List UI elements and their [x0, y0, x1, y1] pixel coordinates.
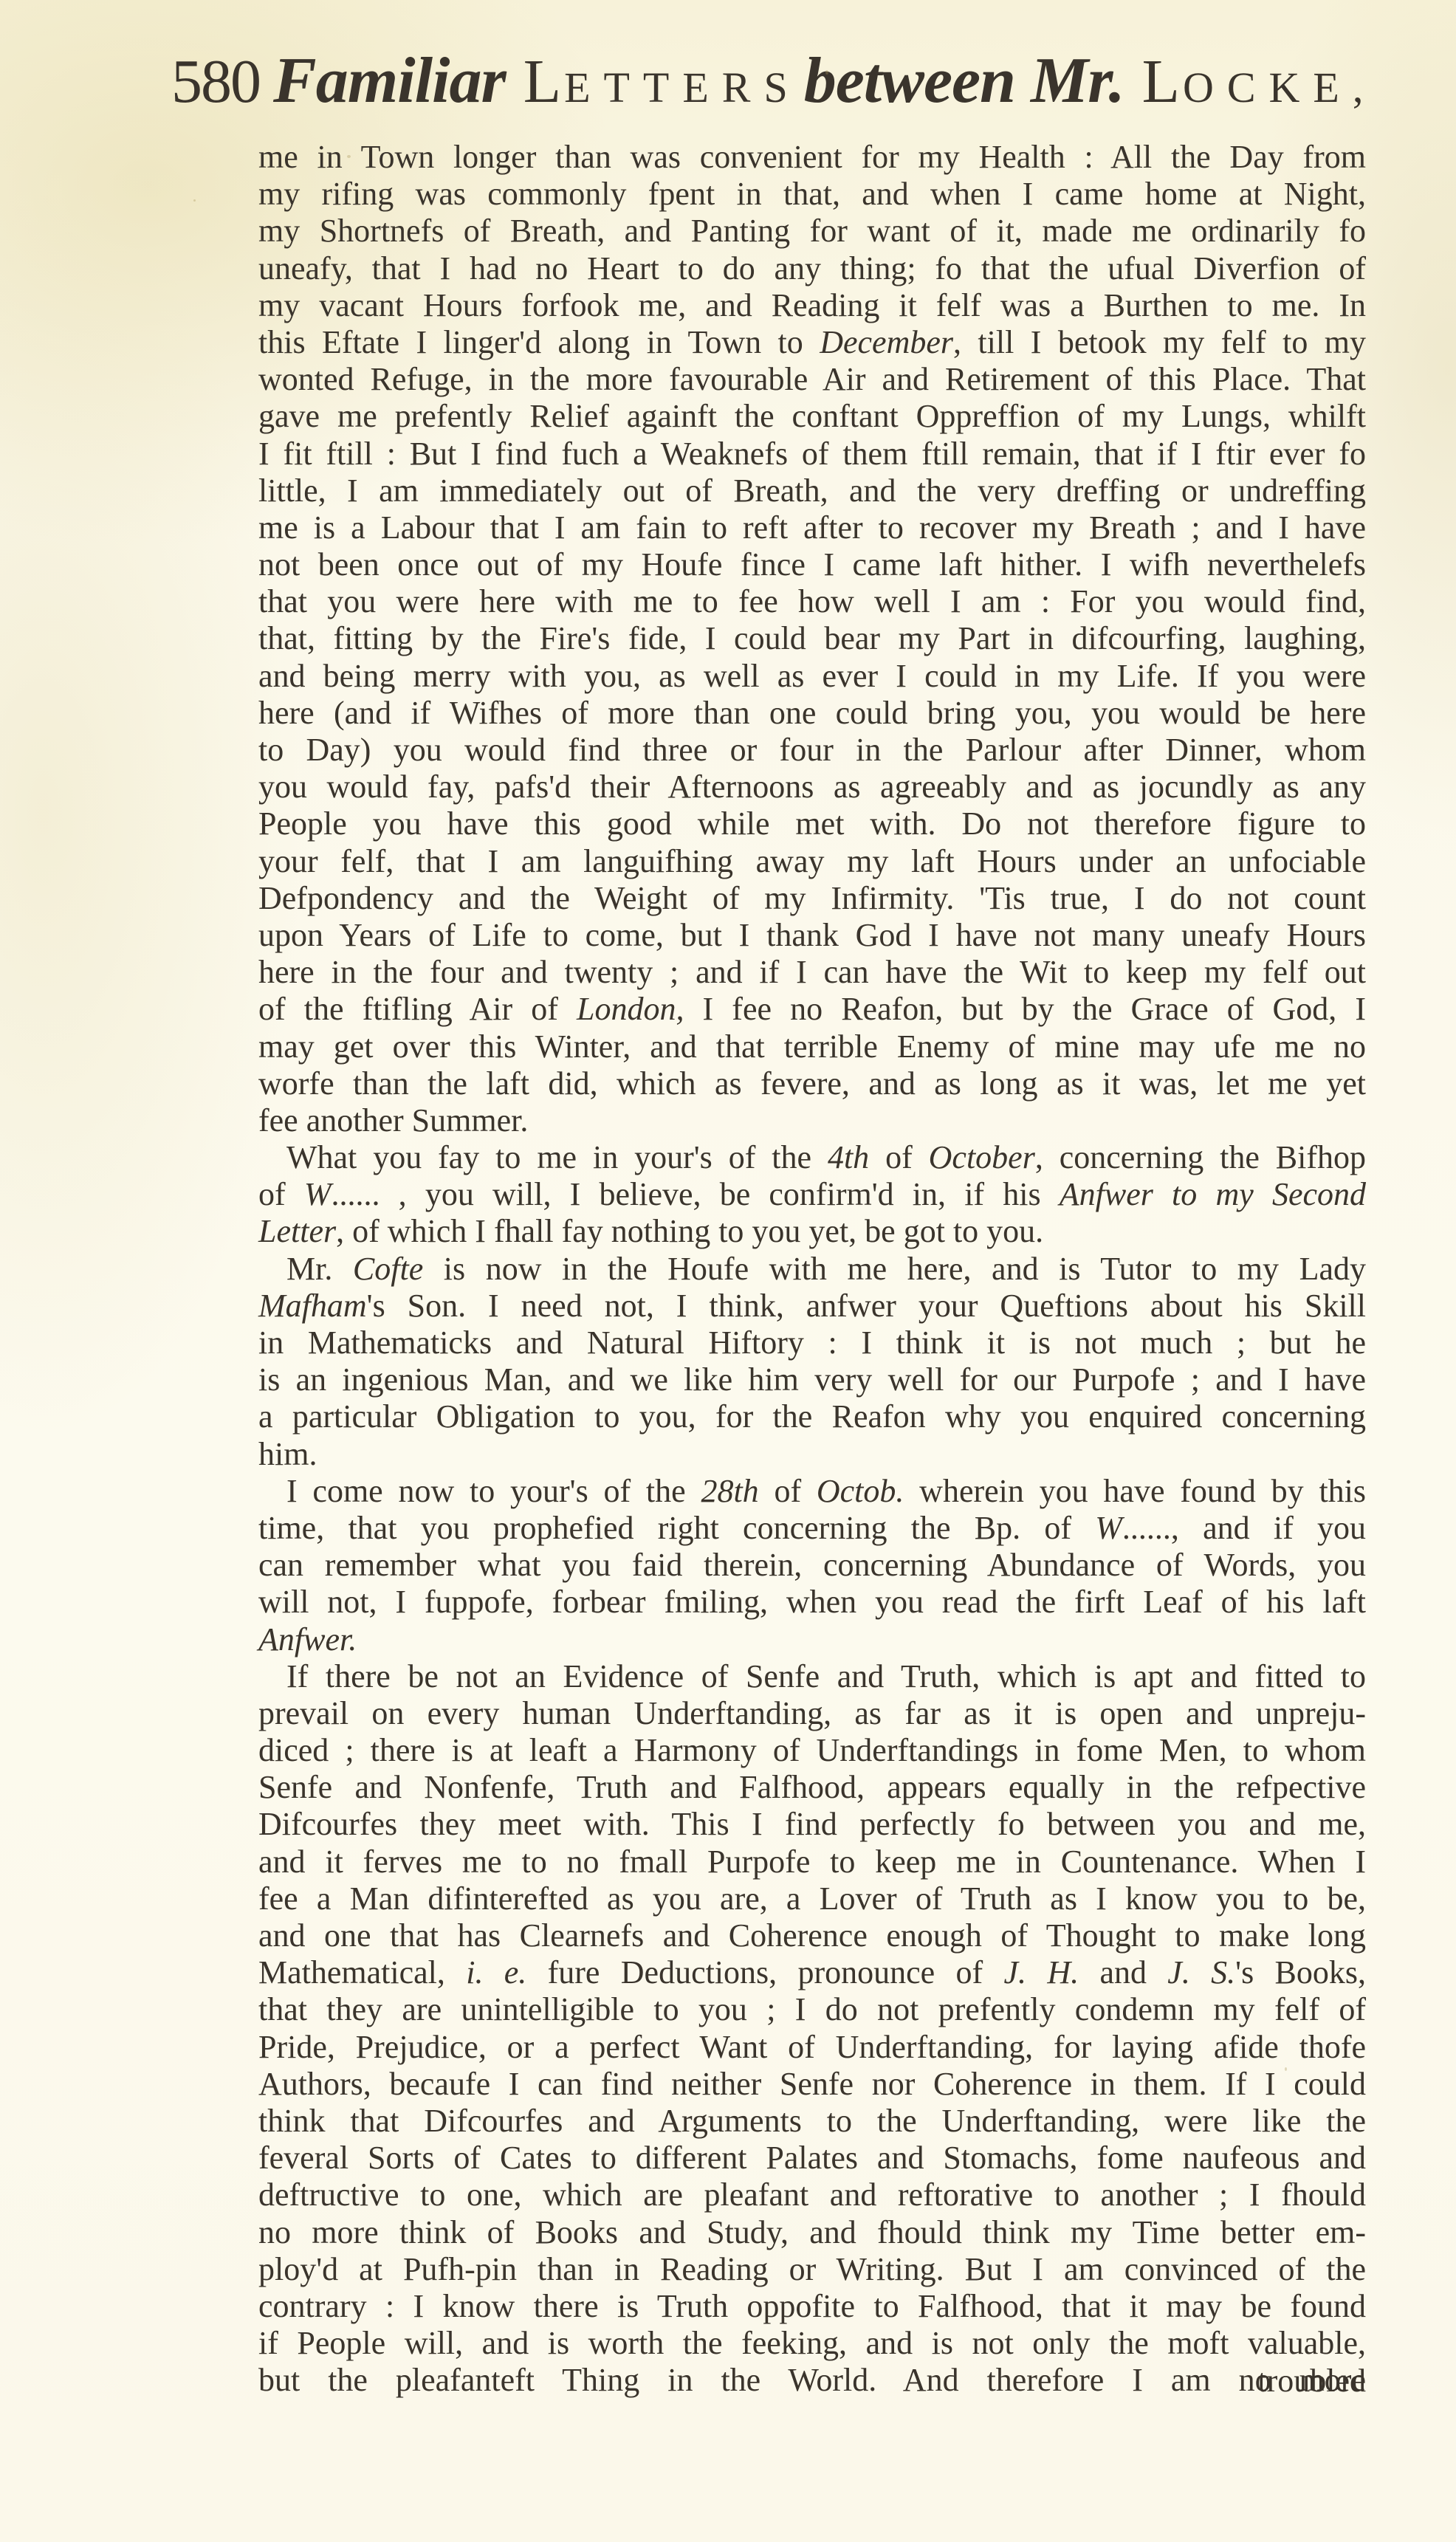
text-line: of W...... , you will, I believe, be con…: [258, 1176, 1366, 1213]
text-line: People you have this good while met with…: [258, 805, 1366, 842]
text-segment: , of which I fhall fay nothing to you ye…: [336, 1213, 1043, 1249]
text-line: fee another Summer.: [258, 1102, 1366, 1139]
italic-text: Mafham: [258, 1288, 367, 1324]
text-line: Pride, Prejudice, or a perfect Want of U…: [258, 2029, 1366, 2066]
italic-text: December: [820, 324, 953, 360]
italic-text: 28th: [701, 1473, 758, 1509]
text-segment: ......, and if you: [1122, 1510, 1366, 1546]
text-segment: Senfe and Nonfenfe, Truth and Falfhood, …: [258, 1769, 1366, 1805]
running-head-familiar: Familiar: [273, 49, 506, 114]
text-segment: Pride, Prejudice, or a perfect Want of U…: [258, 2029, 1366, 2065]
text-segment: wonted Refuge, in the more favourable Ai…: [258, 361, 1366, 397]
text-segment: me is a Labour that I am fain to reft af…: [258, 509, 1366, 546]
text-line: uneafy, that I had no Heart to do any th…: [258, 250, 1366, 287]
catchword: troubled: [258, 2363, 1366, 2400]
text-line: Mafham's Son. I need not, I think, anfwe…: [258, 1288, 1366, 1325]
text-segment: and being merry with you, as well as eve…: [258, 658, 1366, 694]
text-segment: is an ingenious Man, and we like him ver…: [258, 1361, 1366, 1398]
text-line: of the ftifling Air of London, I fee no …: [258, 991, 1366, 1028]
text-segment: wherein you have found by this: [904, 1473, 1366, 1509]
text-segment: I come now to your's of the: [286, 1473, 701, 1509]
text-line: time, that you prophefied right concerni…: [258, 1510, 1366, 1547]
text-line: can remember what you faid therein, conc…: [258, 1547, 1366, 1584]
paper-speck: [193, 199, 196, 202]
text-segment: will not, I fuppofe, forbear fmiling, wh…: [258, 1584, 1366, 1620]
text-line: Defpondency and the Weight of my Infirmi…: [258, 880, 1366, 917]
text-line: me is a Labour that I am fain to reft af…: [258, 509, 1366, 546]
text-line: and it ferves me to no fmall Purpofe to …: [258, 1844, 1366, 1880]
text-segment: of the ftifling Air of: [258, 991, 577, 1027]
text-line: and being merry with you, as well as eve…: [258, 658, 1366, 695]
text-line: prevail on every human Underftanding, as…: [258, 1695, 1366, 1732]
text-segment: fure Deductions, pronounce of: [526, 1954, 1003, 1990]
text-segment: prevail on every human Underftanding, as…: [258, 1695, 1366, 1731]
text-segment: fee another Summer.: [258, 1102, 528, 1138]
text-segment: 's Son. I need not, I think, anfwer your…: [367, 1288, 1366, 1324]
text-line: this Eftate I linger'd along in Town to …: [258, 324, 1366, 361]
text-segment: of: [869, 1139, 928, 1175]
text-segment: , till I betook my felf to my: [953, 324, 1366, 360]
text-segment: of: [258, 1176, 304, 1212]
text-segment: of: [759, 1473, 817, 1509]
running-head-between: between Mr.: [804, 49, 1124, 114]
italic-text: Cofte: [353, 1251, 423, 1287]
text-segment: my Shortnefs of Breath, and Panting for …: [258, 213, 1366, 249]
text-line: upon Years of Life to come, but I thank …: [258, 917, 1366, 954]
text-line: here in the four and twenty ; and if I c…: [258, 954, 1366, 991]
page-number: 580: [171, 51, 260, 113]
text-segment: little, I am immediately out of Breath, …: [258, 473, 1366, 509]
text-segment: your felf, that I am languifhing away my…: [258, 843, 1366, 879]
italic-text: J. S.: [1167, 1954, 1235, 1990]
text-line: worfe than the laft did, which as fevere…: [258, 1065, 1366, 1102]
text-segment: that, fitting by the Fire's fide, I coul…: [258, 620, 1366, 656]
text-line: feveral Sorts of Cates to different Pala…: [258, 2140, 1366, 2177]
text-segment: People you have this good while met with…: [258, 805, 1366, 842]
text-line: no more think of Books and Study, and fh…: [258, 2214, 1366, 2251]
text-segment: a particular Obligation to you, for the …: [258, 1398, 1366, 1435]
running-head-letters-initial: L: [523, 51, 561, 113]
text-segment: worfe than the laft did, which as fevere…: [258, 1065, 1366, 1102]
text-segment: contrary : I know there is Truth oppofit…: [258, 2288, 1366, 2324]
text-segment: here (and if Wifhes of more than one cou…: [258, 695, 1366, 731]
text-segment: ...... , you will, I believe, be confirm…: [332, 1176, 1060, 1212]
text-line: my rifing was commonly fpent in that, an…: [258, 176, 1366, 213]
text-segment: and: [1079, 1954, 1167, 1990]
text-line: me in Town longer than was convenient fo…: [258, 139, 1366, 176]
text-segment: Mr.: [286, 1251, 353, 1287]
text-line: a particular Obligation to you, for the …: [258, 1398, 1366, 1435]
text-segment: if People will, and is worth the feeking…: [258, 2325, 1366, 2361]
text-segment: think that Difcourfes and Arguments to t…: [258, 2103, 1366, 2139]
text-line: Difcourfes they meet with. This I find p…: [258, 1806, 1366, 1843]
text-segment: I fee no Reafon, but by the Grace of God…: [684, 991, 1366, 1027]
text-segment: Defpondency and the Weight of my Infirmi…: [258, 880, 1366, 916]
text-line: you would fay, pafs'd their Afternoons a…: [258, 769, 1366, 805]
text-line: wonted Refuge, in the more favourable Ai…: [258, 361, 1366, 398]
text-line: my Shortnefs of Breath, and Panting for …: [258, 213, 1366, 250]
text-line: I fit ftill : But I find fuch a Weaknefs…: [258, 436, 1366, 473]
text-segment: not been once out of my Houfe fince I ca…: [258, 546, 1366, 583]
running-head-locke-initial: L: [1142, 51, 1180, 113]
paper-speck: [825, 70, 828, 75]
text-line: to Day) you would find three or four in …: [258, 732, 1366, 769]
text-segment: you would fay, pafs'd their Afternoons a…: [258, 769, 1366, 805]
running-head: 580 Familiar L ETTERS between Mr. L OCKE…: [171, 49, 1345, 130]
text-line: gave me prefently Relief againft the con…: [258, 398, 1366, 435]
text-segment: 's Books,: [1235, 1954, 1366, 1990]
text-line: Senfe and Nonfenfe, Truth and Falfhood, …: [258, 1769, 1366, 1806]
text-line: think that Difcourfes and Arguments to t…: [258, 2103, 1366, 2140]
text-segment: upon Years of Life to come, but I thank …: [258, 917, 1366, 953]
running-head-letters-rest: ETTERS: [564, 66, 801, 109]
italic-text: J. H.: [1004, 1954, 1079, 1990]
text-line: in Mathematicks and Natural Hiftory : I …: [258, 1325, 1366, 1361]
text-line: Letter, of which I fhall fay nothing to …: [258, 1213, 1366, 1250]
text-line: I come now to your's of the 28th of Octo…: [258, 1473, 1366, 1510]
text-segment: can remember what you faid therein, conc…: [258, 1547, 1366, 1583]
text-segment: , concerning the Bifhop: [1035, 1139, 1366, 1175]
text-segment: in Mathematicks and Natural Hiftory : I …: [258, 1325, 1366, 1361]
text-segment: to Day) you would find three or four in …: [258, 732, 1366, 768]
text-line: Mathematical, i. e. fure Deductions, pro…: [258, 1954, 1366, 1991]
text-line: will not, I fuppofe, forbear fmiling, wh…: [258, 1584, 1366, 1621]
text-line: fee a Man difinterefted as you are, a Lo…: [258, 1880, 1366, 1917]
text-segment: and one that has Clearnefs and Coherence…: [258, 1917, 1366, 1954]
text-segment: that they are unintelligible to you ; I …: [258, 1991, 1366, 2027]
text-segment: my vacant Hours forfook me, and Reading …: [258, 287, 1366, 323]
italic-text: Letter: [258, 1213, 336, 1249]
text-line: ploy'd at Pufh-pin than in Reading or Wr…: [258, 2251, 1366, 2288]
text-line: diced ; there is at leaft a Harmony of U…: [258, 1732, 1366, 1769]
text-segment: If there be not an Evidence of Senfe and…: [286, 1658, 1366, 1694]
text-segment: no more think of Books and Study, and fh…: [258, 2214, 1366, 2250]
italic-text: London,: [577, 991, 684, 1027]
text-segment: time, that you prophefied right concerni…: [258, 1510, 1095, 1546]
text-segment: diced ; there is at leaft a Harmony of U…: [258, 1732, 1366, 1768]
italic-text: October: [929, 1139, 1035, 1175]
italic-text: Octob.: [817, 1473, 904, 1509]
text-line: What you fay to me in your's of the 4th …: [258, 1139, 1366, 1176]
text-segment: Authors, becaufe I can find neither Senf…: [258, 2066, 1366, 2102]
text-segment: deftructive to one, which are pleafant a…: [258, 2177, 1366, 2213]
text-line: Mr. Cofte is now in the Houfe with me he…: [258, 1251, 1366, 1288]
italic-text: i. e.: [466, 1954, 526, 1990]
text-line: If there be not an Evidence of Senfe and…: [258, 1658, 1366, 1695]
text-segment: ploy'd at Pufh-pin than in Reading or Wr…: [258, 2251, 1366, 2287]
text-segment: Difcourfes they meet with. This I find p…: [258, 1806, 1366, 1842]
text-line: here (and if Wifhes of more than one cou…: [258, 695, 1366, 732]
text-segment: me in Town longer than was convenient fo…: [258, 139, 1366, 175]
text-segment: here in the four and twenty ; and if I c…: [258, 954, 1366, 990]
catchword-row: troubled: [258, 2363, 1366, 2400]
italic-text: Anfwer to my Second: [1060, 1176, 1366, 1212]
text-segment: I fit ftill : But I find fuch a Weaknefs…: [258, 436, 1366, 472]
text-segment: Mathematical,: [258, 1954, 466, 1990]
italic-text: W: [304, 1176, 332, 1212]
italic-text: Anfwer.: [258, 1621, 357, 1658]
text-line: little, I am immediately out of Breath, …: [258, 473, 1366, 509]
text-segment: may get over this Winter, and that terri…: [258, 1028, 1366, 1065]
text-segment: What you fay to me in your's of the: [286, 1139, 828, 1175]
italic-text: 4th: [828, 1139, 869, 1175]
text-line: Authors, becaufe I can find neither Senf…: [258, 2066, 1366, 2103]
text-line: is an ingenious Man, and we like him ver…: [258, 1361, 1366, 1398]
italic-text: W: [1095, 1510, 1122, 1546]
text-segment: and it ferves me to no fmall Purpofe to …: [258, 1844, 1366, 1880]
text-line: your felf, that I am languifhing away my…: [258, 843, 1366, 880]
paper-speck: [1285, 2067, 1287, 2071]
text-line: him.: [258, 1436, 1366, 1473]
text-segment: uneafy, that I had no Heart to do any th…: [258, 250, 1366, 286]
text-line: my vacant Hours forfook me, and Reading …: [258, 287, 1366, 324]
text-segment: is now in the Houfe with me here, and is…: [423, 1251, 1366, 1287]
text-line: not been once out of my Houfe fince I ca…: [258, 546, 1366, 583]
text-line: that they are unintelligible to you ; I …: [258, 1991, 1366, 2028]
text-segment: feveral Sorts of Cates to different Pala…: [258, 2140, 1366, 2176]
text-line: may get over this Winter, and that terri…: [258, 1028, 1366, 1065]
text-line: contrary : I know there is Truth oppofit…: [258, 2288, 1366, 2325]
text-line: deftructive to one, which are pleafant a…: [258, 2177, 1366, 2213]
text-line: and one that has Clearnefs and Coherence…: [258, 1917, 1366, 1954]
text-line: that you were here with me to fee how we…: [258, 583, 1366, 620]
text-segment: him.: [258, 1436, 317, 1472]
text-segment: my rifing was commonly fpent in that, an…: [258, 176, 1366, 212]
text-segment: fee a Man difinterefted as you are, a Lo…: [258, 1880, 1366, 1917]
text-segment: that you were here with me to fee how we…: [258, 583, 1366, 619]
text-line: that, fitting by the Fire's fide, I coul…: [258, 620, 1366, 657]
paper-speck: [347, 155, 351, 158]
text-line: Anfwer.: [258, 1621, 1366, 1658]
text-segment: gave me prefently Relief againft the con…: [258, 398, 1366, 434]
running-head-locke-rest: OCKE,: [1183, 66, 1376, 109]
text-segment: this Eftate I linger'd along in Town to: [258, 324, 820, 360]
body-text: me in Town longer than was convenient fo…: [258, 139, 1366, 2399]
text-line: if People will, and is worth the feeking…: [258, 2325, 1366, 2362]
